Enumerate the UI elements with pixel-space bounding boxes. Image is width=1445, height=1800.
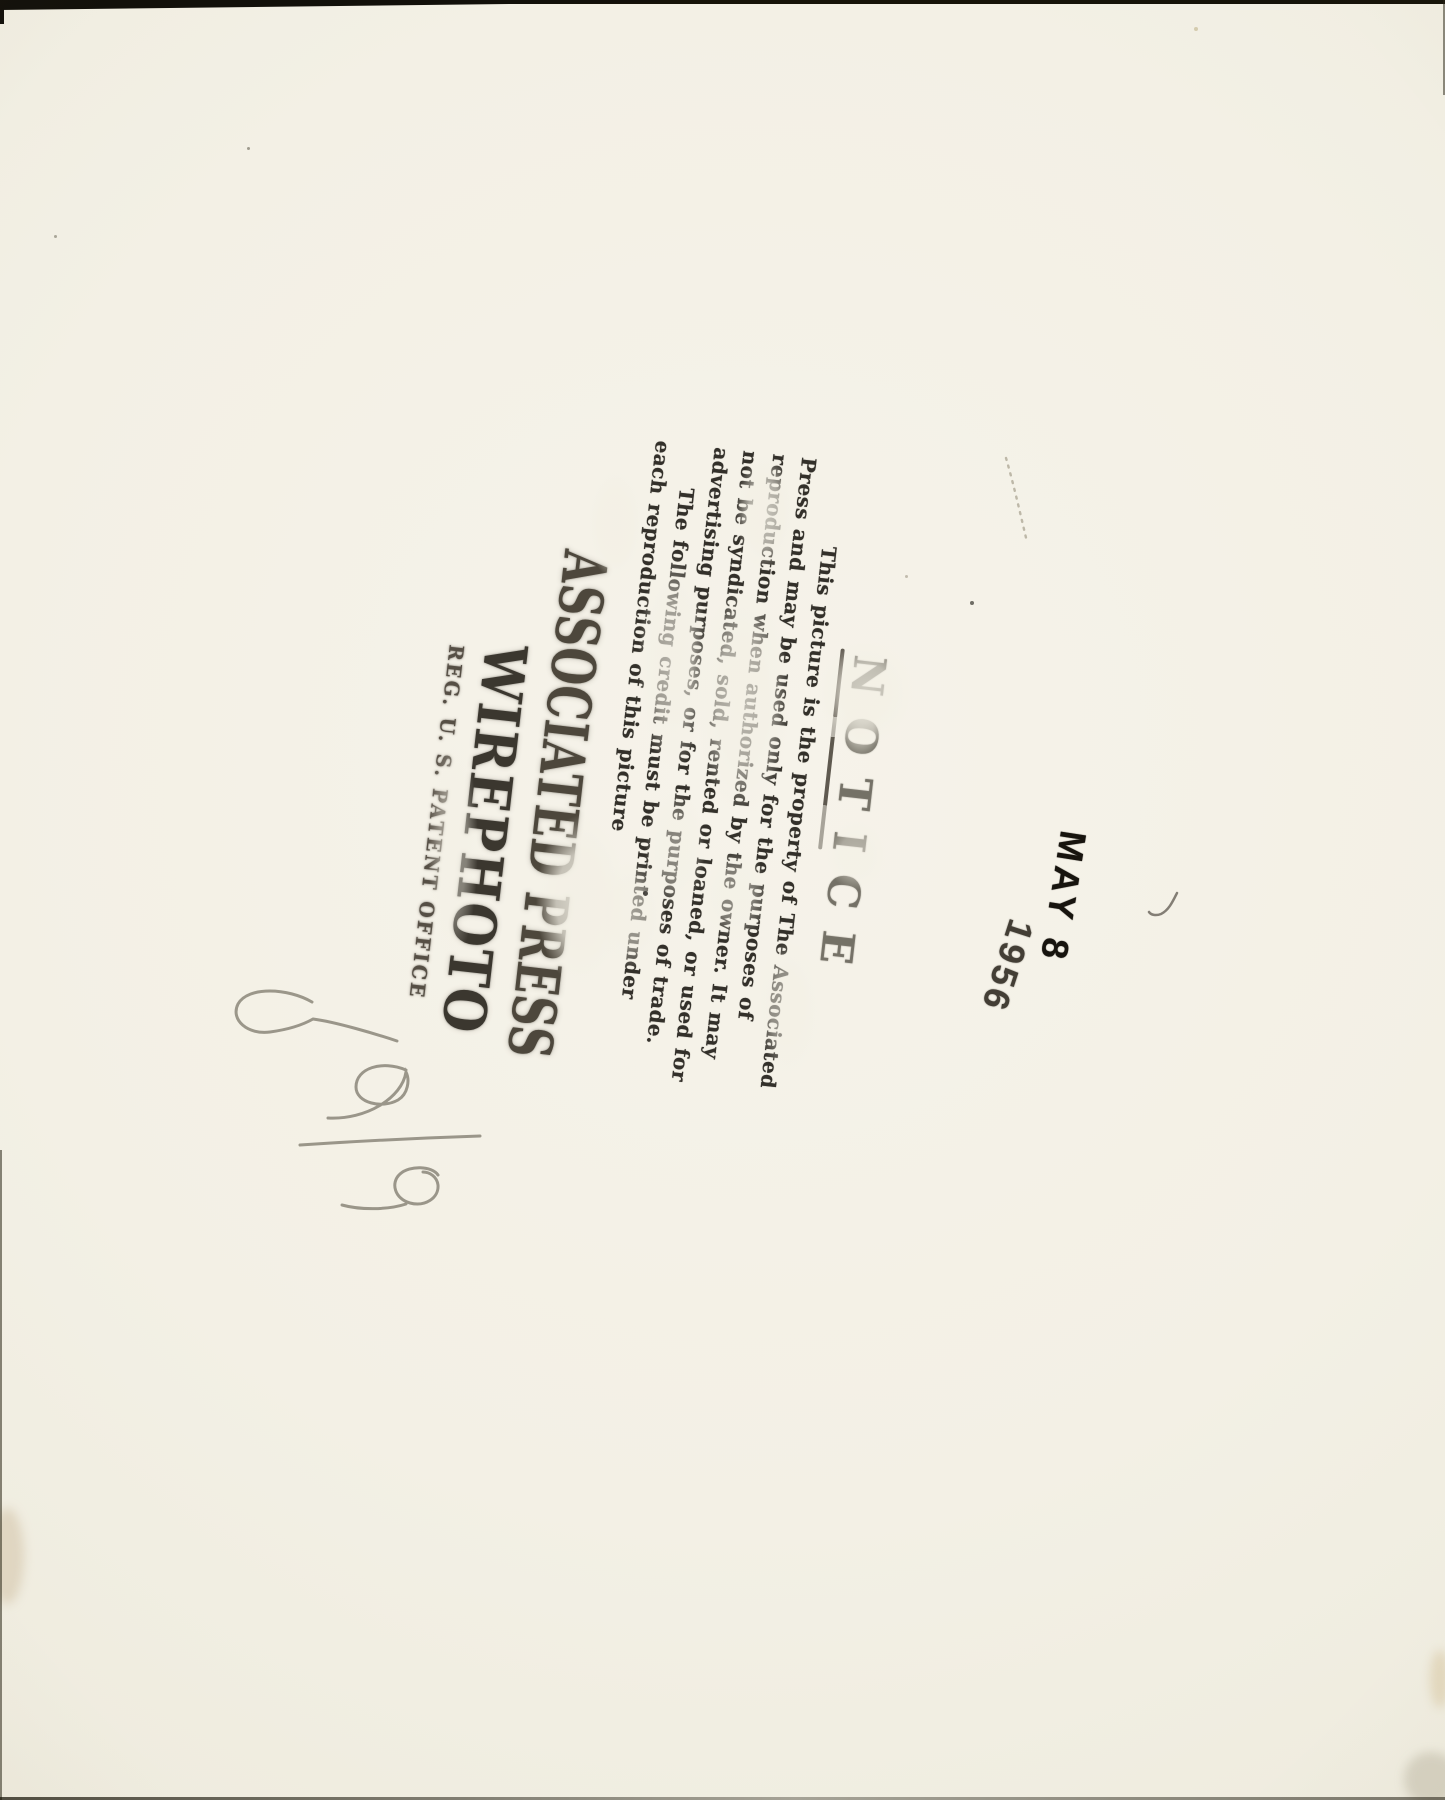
scan-edge-left (0, 1150, 2, 1800)
paper-speck (247, 147, 250, 150)
corner-shadow (1404, 1752, 1445, 1800)
stamp-fade-patch (638, 555, 708, 770)
paper-speck (1194, 27, 1198, 31)
stamp-fade-patch (588, 470, 643, 580)
stamp-fade-patch (536, 815, 626, 985)
stamp-fade-patch (645, 790, 705, 910)
pencil-annotation (210, 960, 510, 1240)
scratch-mark (996, 450, 1040, 554)
stamp-fade-patch (735, 455, 795, 570)
photo-back-scan: NOTICE This picture is the property of T… (0, 0, 1445, 1800)
paper-speck (54, 235, 57, 238)
ink-hook-mark (1146, 886, 1186, 926)
stamp-fade-patch (838, 698, 883, 758)
photo-paper: NOTICE This picture is the property of T… (0, 0, 1445, 1800)
paper-speck (905, 575, 908, 578)
scan-edge-left-top (0, 0, 4, 24)
edge-smudge (0, 1508, 24, 1604)
edge-smudge (1430, 1650, 1445, 1708)
stamp-fade-patch (700, 850, 770, 940)
received-date-stamp: MAY 8 1956 (961, 818, 1093, 1041)
stamp-fade-patch (826, 820, 886, 890)
paper-speck (643, 891, 648, 896)
stamp-fade-patch (428, 730, 478, 960)
paper-speck (970, 601, 974, 605)
stamp-fade-patch (756, 940, 821, 1075)
scan-edge-top-wedge (0, 0, 660, 10)
stamp-fade-patch (695, 585, 790, 815)
